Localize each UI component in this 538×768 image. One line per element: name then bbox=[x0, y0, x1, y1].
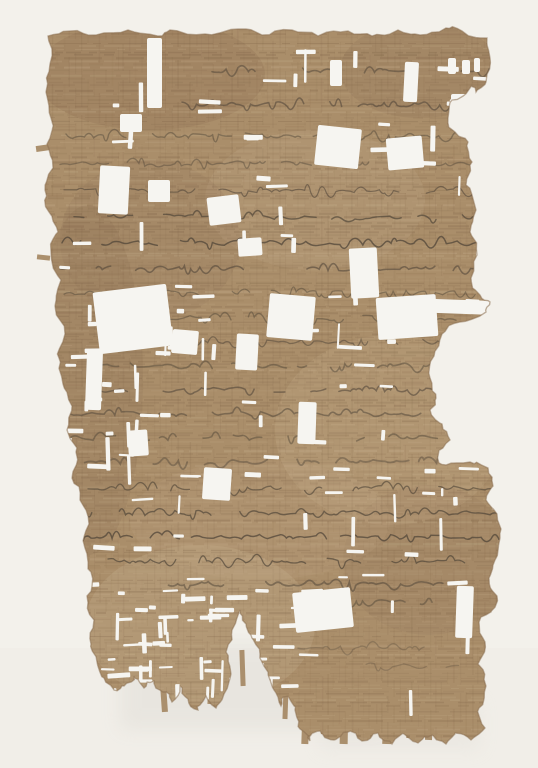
small-lacuna bbox=[118, 591, 125, 595]
small-lacuna bbox=[353, 51, 358, 68]
small-lacuna bbox=[387, 339, 396, 344]
lacuna bbox=[148, 180, 170, 202]
small-lacuna bbox=[409, 690, 413, 716]
small-lacuna bbox=[85, 348, 103, 353]
small-lacuna bbox=[187, 619, 194, 621]
small-lacuna bbox=[351, 517, 355, 547]
small-lacuna bbox=[259, 415, 263, 427]
small-lacuna bbox=[242, 230, 246, 254]
small-lacuna bbox=[461, 609, 471, 613]
small-lacuna bbox=[136, 305, 148, 308]
small-lacuna bbox=[71, 354, 95, 359]
small-lacuna bbox=[293, 74, 297, 88]
small-lacuna bbox=[149, 605, 156, 609]
small-lacuna bbox=[181, 594, 185, 604]
small-lacuna bbox=[180, 475, 199, 478]
small-lacuna bbox=[281, 684, 299, 688]
small-lacuna bbox=[102, 382, 112, 387]
lacuna bbox=[237, 237, 262, 257]
small-lacuna bbox=[160, 413, 171, 417]
small-lacuna bbox=[166, 632, 169, 643]
small-lacuna bbox=[256, 614, 261, 641]
small-lacuna bbox=[325, 491, 343, 494]
small-lacuna bbox=[203, 660, 211, 663]
small-lacuna bbox=[424, 469, 435, 474]
small-lacuna bbox=[430, 126, 435, 152]
small-lacuna bbox=[88, 322, 97, 327]
small-lacuna bbox=[187, 578, 205, 581]
small-lacuna bbox=[291, 238, 296, 253]
small-lacuna bbox=[227, 595, 248, 600]
lacuna bbox=[147, 38, 162, 108]
small-lacuna bbox=[177, 309, 185, 314]
lacuna bbox=[376, 294, 439, 340]
small-lacuna bbox=[65, 364, 76, 367]
small-lacuna bbox=[263, 79, 287, 82]
small-lacuna bbox=[309, 476, 325, 480]
small-lacuna bbox=[246, 135, 259, 140]
small-lacuna bbox=[210, 596, 213, 605]
small-lacuna bbox=[381, 430, 386, 441]
small-lacuna bbox=[95, 397, 102, 401]
small-lacuna bbox=[245, 472, 262, 478]
small-lacuna bbox=[281, 234, 294, 237]
small-lacuna bbox=[204, 669, 222, 673]
small-lacuna bbox=[168, 346, 182, 350]
small-lacuna bbox=[405, 552, 419, 557]
papyrus-fragment-image bbox=[0, 0, 538, 768]
small-lacuna bbox=[303, 513, 308, 530]
small-lacuna bbox=[465, 628, 470, 654]
small-lacuna bbox=[279, 623, 300, 628]
small-lacuna bbox=[140, 222, 144, 251]
small-lacuna bbox=[59, 266, 70, 270]
small-lacuna bbox=[173, 534, 184, 537]
lacuna bbox=[474, 58, 480, 72]
lacuna bbox=[314, 125, 362, 169]
small-lacuna bbox=[453, 497, 458, 506]
lacuna bbox=[171, 329, 199, 355]
small-lacuna bbox=[139, 665, 143, 680]
small-lacuna bbox=[370, 147, 389, 152]
small-lacuna bbox=[439, 518, 443, 551]
small-lacuna bbox=[353, 297, 358, 306]
small-lacuna bbox=[73, 242, 92, 246]
small-lacuna bbox=[314, 440, 326, 445]
small-lacuna bbox=[304, 49, 307, 83]
small-lacuna bbox=[158, 321, 162, 342]
small-lacuna bbox=[185, 596, 206, 601]
small-lacuna bbox=[106, 431, 114, 435]
small-lacuna bbox=[328, 295, 342, 298]
small-lacuna bbox=[97, 464, 106, 467]
small-lacuna bbox=[391, 600, 394, 613]
small-lacuna bbox=[152, 641, 165, 646]
small-lacuna bbox=[199, 657, 203, 680]
lacuna bbox=[98, 165, 130, 215]
small-lacuna bbox=[333, 467, 350, 471]
small-lacuna bbox=[134, 546, 152, 551]
lacuna bbox=[297, 402, 316, 445]
small-lacuna bbox=[158, 615, 178, 619]
small-lacuna bbox=[441, 488, 443, 496]
small-lacuna bbox=[139, 82, 144, 112]
small-lacuna bbox=[149, 660, 152, 677]
lacuna bbox=[462, 60, 470, 74]
small-lacuna bbox=[383, 323, 399, 328]
lacuna bbox=[403, 62, 419, 103]
small-lacuna bbox=[175, 285, 192, 289]
lacuna bbox=[349, 247, 380, 298]
small-lacuna bbox=[297, 329, 319, 333]
small-lacuna bbox=[437, 66, 458, 72]
small-lacuna bbox=[128, 337, 141, 341]
small-lacuna bbox=[88, 305, 92, 322]
lacuna bbox=[330, 60, 342, 86]
small-lacuna bbox=[140, 414, 159, 418]
lacuna bbox=[206, 194, 241, 226]
small-lacuna bbox=[155, 351, 170, 356]
small-lacuna bbox=[256, 176, 271, 182]
lacuna bbox=[202, 467, 232, 501]
small-lacuna bbox=[346, 550, 364, 554]
small-lacuna bbox=[192, 294, 214, 298]
small-lacuna bbox=[115, 613, 119, 641]
small-lacuna bbox=[362, 574, 384, 577]
small-lacuna bbox=[108, 658, 116, 661]
small-lacuna bbox=[255, 589, 269, 593]
small-lacuna bbox=[209, 611, 213, 622]
small-lacuna bbox=[422, 492, 435, 496]
small-lacuna bbox=[113, 103, 120, 107]
small-lacuna bbox=[121, 302, 126, 321]
small-lacuna bbox=[135, 608, 148, 612]
small-lacuna bbox=[273, 645, 295, 649]
papyrus-scan-photo bbox=[0, 0, 538, 768]
small-lacuna bbox=[114, 389, 125, 393]
small-lacuna bbox=[338, 576, 348, 578]
small-lacuna bbox=[340, 384, 347, 388]
small-lacuna bbox=[204, 372, 207, 396]
lacuna bbox=[235, 333, 259, 370]
small-lacuna bbox=[201, 338, 204, 361]
small-lacuna bbox=[198, 109, 222, 114]
lacuna bbox=[386, 135, 425, 170]
small-lacuna bbox=[278, 316, 301, 321]
small-lacuna bbox=[84, 401, 88, 412]
lacuna bbox=[92, 284, 173, 355]
small-lacuna bbox=[319, 621, 338, 624]
small-lacuna bbox=[421, 161, 436, 166]
